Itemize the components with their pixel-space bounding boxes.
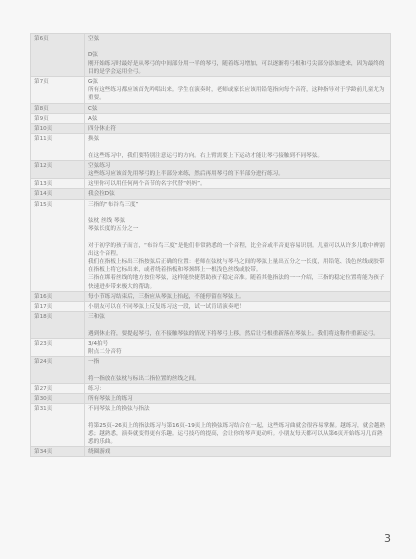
text-line: 弦枕 丝线 琴弦 bbox=[88, 217, 387, 225]
text-line: 每小节练习结束后，三指应从琴弦上抬起，不能停留在琴弦上。 bbox=[88, 293, 387, 301]
text-line: 琴弦长度的五分之一 bbox=[88, 225, 387, 233]
text-line: 所有琴弦上的练习 bbox=[88, 395, 387, 403]
content-cell: G弦所有这些练习都应该首先吟唱出来。学生在演奏时，老师或家长应该用铅笔指向每个音… bbox=[85, 77, 391, 104]
content-cell: 练习： bbox=[85, 383, 391, 393]
content-cell: A弦 bbox=[85, 113, 391, 123]
table-row: 第13页这里你可以用任何两个音节的名字代替“妈妈”。 bbox=[31, 179, 391, 189]
page-ref-cell: 第30页 bbox=[31, 394, 85, 404]
page-ref-cell: 第12页 bbox=[31, 160, 85, 178]
page-number: 3 bbox=[384, 532, 391, 545]
text-line: 对于初学的孩子而言，“布谷鸟三度”是他们非常熟悉的一个音程，比全音或半音更容易识… bbox=[88, 242, 387, 258]
table-row: 第7页G弦所有这些练习都应该首先吟唱出来。学生在演奏时，老师或家长应该用铅笔指向… bbox=[31, 77, 391, 104]
text-line: 小朋友可以在不同琴弦上反复练习这一段，试一试肯请演奏吧！ bbox=[88, 303, 387, 311]
table-row: 第31页不同琴弦上的换弦与指法将第25页–26页上的指法练习与第16页–19页上… bbox=[31, 404, 391, 447]
text-line: 一指 bbox=[88, 358, 387, 366]
page-ref-cell: 第13页 bbox=[31, 179, 85, 189]
text-line: 三指的“布谷鸟三度” bbox=[88, 201, 387, 209]
page-ref-cell: 第7页 bbox=[31, 77, 85, 104]
content-cell: 我会拉D弦 bbox=[85, 189, 391, 199]
table-row: 第14页我会拉D弦 bbox=[31, 189, 391, 199]
text-line: 附点二分音符 bbox=[88, 348, 387, 356]
table-row: 第18页三和弦遇到休止符，要提起琴弓，在不接触琴弦的情况下将琴弓上移，然后让弓根… bbox=[31, 312, 391, 339]
blank-line bbox=[88, 43, 387, 51]
page-ref-cell: 第34页 bbox=[31, 447, 85, 457]
content-cell: 一指将一指放在弦枕与标出二指位置的丝线之间。 bbox=[85, 357, 391, 384]
text-line: 三指在绑着丝线的地方按住琴弦，这样能快捷帮助孩子稳定音准。随着其他指法的一一介绍… bbox=[88, 274, 387, 290]
text-line: 绕圈游戏 bbox=[88, 448, 387, 456]
blank-line bbox=[88, 209, 387, 217]
text-line: 空弦 bbox=[88, 35, 387, 43]
text-line: D弦 bbox=[88, 51, 387, 59]
content-cell: 空弦D弦刚开始练习时最好是从琴弓的中间部分用一半的琴弓，随着练习增加，可以逐渐将… bbox=[85, 34, 391, 77]
text-line: 所有这些练习都应该首先吟唱出来。学生在演奏时，老师或家长应该用铅笔指向每个音符，… bbox=[88, 86, 387, 102]
content-cell: 换弦在这些练习中，我们要特别注意运弓的方向。右上臂需要上下运动才能让琴弓接触到不… bbox=[85, 134, 391, 161]
table-row: 第30页所有琴弦上的练习 bbox=[31, 394, 391, 404]
table-row: 第24页一指将一指放在弦枕与标出二指位置的丝线之间。 bbox=[31, 357, 391, 384]
page-ref-cell: 第16页 bbox=[31, 291, 85, 301]
content-cell: 不同琴弦上的换弦与指法将第25页–26页上的指法练习与第16页–19页上的换弦练… bbox=[85, 404, 391, 447]
table-row: 第34页绕圈游戏 bbox=[31, 447, 391, 457]
page-ref-cell: 第8页 bbox=[31, 103, 85, 113]
table-row: 第27页练习： bbox=[31, 383, 391, 393]
table-row: 第10页四分休止符 bbox=[31, 124, 391, 134]
content-cell: 所有琴弦上的练习 bbox=[85, 394, 391, 404]
blank-line bbox=[88, 233, 387, 241]
page-ref-cell: 第27页 bbox=[31, 383, 85, 393]
text-line: 三和弦 bbox=[88, 313, 387, 321]
content-cell: 3/4拍号附点二分音符 bbox=[85, 338, 391, 356]
page-ref-cell: 第31页 bbox=[31, 404, 85, 447]
text-line: 这些练习应该首先用琴弓的上半部分来练，然后再用琴弓的下半部分进行练习。 bbox=[88, 170, 387, 178]
content-cell: 四分休止符 bbox=[85, 124, 391, 134]
blank-line bbox=[88, 321, 387, 329]
page-ref-cell: 第10页 bbox=[31, 124, 85, 134]
document-page: 第6页空弦D弦刚开始练习时最好是从琴弓的中间部分用一半的琴弓，随着练习增加，可以… bbox=[0, 0, 416, 559]
text-line: 换弦 bbox=[88, 135, 387, 143]
text-line: 这里你可以用任何两个音节的名字代替“妈妈”。 bbox=[88, 180, 387, 188]
text-line: 遇到休止符，要提起琴弓，在不接触琴弦的情况下将琴弓上移，然后让弓根重新落在琴弦上… bbox=[88, 330, 387, 338]
page-ref-cell: 第23页 bbox=[31, 338, 85, 356]
text-line: 不同琴弦上的换弦与指法 bbox=[88, 405, 387, 413]
text-line: 空弦练习 bbox=[88, 162, 387, 170]
page-guide-table: 第6页空弦D弦刚开始练习时最好是从琴弓的中间部分用一半的琴弓，随着练习增加，可以… bbox=[30, 33, 391, 457]
page-ref-cell: 第11页 bbox=[31, 134, 85, 161]
content-cell: 绕圈游戏 bbox=[85, 447, 391, 457]
table-row: 第11页换弦在这些练习中，我们要特别注意运弓的方向。右上臂需要上下运动才能让琴弓… bbox=[31, 134, 391, 161]
content-cell: 空弦练习这些练习应该首先用琴弓的上半部分来练，然后再用琴弓的下半部分进行练习。 bbox=[85, 160, 391, 178]
page-ref-cell: 第6页 bbox=[31, 34, 85, 77]
blank-line bbox=[88, 143, 387, 151]
text-line: 将第25页–26页上的指法练习与第16页–19页上的换弦练习结合在一起，这些练习… bbox=[88, 422, 387, 447]
page-ref-cell: 第9页 bbox=[31, 113, 85, 123]
text-line: 四分休止符 bbox=[88, 125, 387, 133]
table-row: 第12页空弦练习这些练习应该首先用琴弓的上半部分来练，然后再用琴弓的下半部分进行… bbox=[31, 160, 391, 178]
text-line: 我们在指板上标出三指按弦后正确的位置：老师在弦枕与琴马之间的琴弦上量出五分之一长… bbox=[88, 258, 387, 274]
table-row: 第15页三指的“布谷鸟三度”弦枕 丝线 琴弦琴弦长度的五分之一对于初学的孩子而言… bbox=[31, 199, 391, 291]
text-line: 练习： bbox=[88, 385, 387, 393]
text-line: 我会拉D弦 bbox=[88, 190, 387, 198]
content-cell: 这里你可以用任何两个音节的名字代替“妈妈”。 bbox=[85, 179, 391, 189]
blank-line bbox=[88, 413, 387, 421]
text-line: 3/4拍号 bbox=[88, 340, 387, 348]
content-cell: 每小节练习结束后，三指应从琴弦上抬起，不能停留在琴弦上。 bbox=[85, 291, 391, 301]
text-line: 刚开始练习时最好是从琴弓的中间部分用一半的琴弓，随着练习增加，可以逐渐将弓根和弓… bbox=[88, 60, 387, 76]
table-row: 第16页每小节练习结束后，三指应从琴弦上抬起，不能停留在琴弦上。 bbox=[31, 291, 391, 301]
text-line: 将一指放在弦枕与标出二指位置的丝线之间。 bbox=[88, 375, 387, 383]
page-ref-cell: 第18页 bbox=[31, 312, 85, 339]
text-line: G弦 bbox=[88, 78, 387, 86]
content-cell: 三和弦遇到休止符，要提起琴弓，在不接触琴弦的情况下将琴弓上移，然后让弓根重新落在… bbox=[85, 312, 391, 339]
table-row: 第6页空弦D弦刚开始练习时最好是从琴弓的中间部分用一半的琴弓，随着练习增加，可以… bbox=[31, 34, 391, 77]
text-line: C弦 bbox=[88, 105, 387, 113]
table-row: 第8页C弦 bbox=[31, 103, 391, 113]
table-row: 第9页A弦 bbox=[31, 113, 391, 123]
page-ref-cell: 第15页 bbox=[31, 199, 85, 291]
blank-line bbox=[88, 366, 387, 374]
content-cell: C弦 bbox=[85, 103, 391, 113]
text-line: 在这些练习中，我们要特别注意运弓的方向。右上臂需要上下运动才能让琴弓接触到不同琴… bbox=[88, 152, 387, 160]
table-row: 第17页小朋友可以在不同琴弦上反复练习这一段，试一试肯请演奏吧！ bbox=[31, 302, 391, 312]
page-ref-cell: 第14页 bbox=[31, 189, 85, 199]
table-row: 第23页3/4拍号附点二分音符 bbox=[31, 338, 391, 356]
content-cell: 小朋友可以在不同琴弦上反复练习这一段，试一试肯请演奏吧！ bbox=[85, 302, 391, 312]
page-ref-cell: 第17页 bbox=[31, 302, 85, 312]
content-cell: 三指的“布谷鸟三度”弦枕 丝线 琴弦琴弦长度的五分之一对于初学的孩子而言，“布谷… bbox=[85, 199, 391, 291]
page-ref-cell: 第24页 bbox=[31, 357, 85, 384]
text-line: A弦 bbox=[88, 115, 387, 123]
